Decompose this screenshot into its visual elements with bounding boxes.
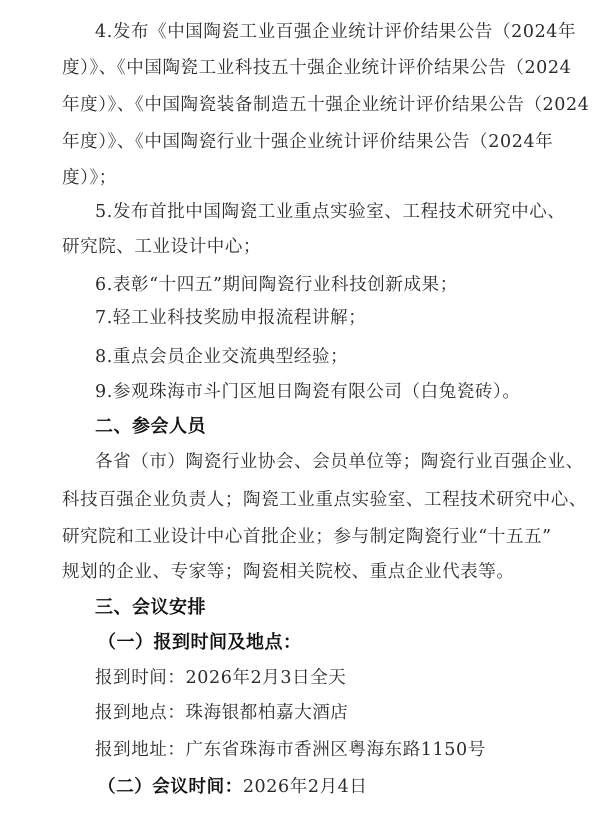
registration-time-label: 报到时间： <box>95 668 186 688</box>
section-2-line-3: 研究院和工业设计中心首批企业；参与制定陶瓷行业“十五五” <box>62 526 538 548</box>
section-2-line-1: 各省（市）陶瓷行业协会、会员单位等；陶瓷行业百强企业、 <box>95 451 538 473</box>
item-4-line-1: 4.发布《中国陶瓷工业百强企业统计评价结果公告（2024年 <box>95 21 538 43</box>
item-6: 6.表彰“十四五”期间陶瓷行业科技创新成果； <box>95 274 458 296</box>
registration-time-value: 2026年2月3日全天 <box>186 668 347 688</box>
document-page: 4.发布《中国陶瓷工业百强企业统计评价结果公告（2024年 度）》、《中国陶瓷工… <box>0 0 600 820</box>
item-5-line-1: 5.发布首批中国陶瓷工业重点实验室、工程技术研究中心、 <box>95 201 538 223</box>
item-8: 8.重点会员企业交流典型经验； <box>95 346 348 368</box>
registration-place: 报到地点：珠海银都柏嘉大酒店 <box>95 702 348 724</box>
meeting-time: （二）会议时间：2026年2月4日 <box>98 776 368 798</box>
item-4-line-2: 度）》、《中国陶瓷工业科技五十强企业统计评价结果公告（2024 <box>62 57 538 79</box>
item-5-line-2: 研究院、工业设计中心； <box>62 236 261 258</box>
registration-place-label: 报到地点： <box>95 703 186 723</box>
item-4-line-3: 年度）》、《中国陶瓷装备制造五十强企业统计评价结果公告（2024 <box>62 94 538 116</box>
registration-time: 报到时间：2026年2月3日全天 <box>95 667 346 689</box>
item-4-line-4: 年度）》、《中国陶瓷行业十强企业统计评价结果公告（2024年 <box>62 131 538 153</box>
item-7: 7.轻工业科技奖励申报流程讲解； <box>95 307 366 329</box>
subsection-1-heading: （一）报到时间及地点： <box>98 632 302 654</box>
registration-address-label: 报到地址： <box>95 740 186 760</box>
section-2-heading: 二、参会人员 <box>95 416 206 438</box>
section-2-line-4: 规划的企业、专家等；陶瓷相关院校、重点企业代表等。 <box>62 561 515 583</box>
section-3-heading: 三、会议安排 <box>95 597 206 619</box>
item-9: 9.参观珠海市斗门区旭日陶瓷有限公司（白兔瓷砖）。 <box>95 381 520 403</box>
item-4-line-5: 度）》； <box>62 167 117 189</box>
subsection-2-heading: （二）会议时间： <box>98 777 243 797</box>
meeting-time-value: 2026年2月4日 <box>243 777 368 797</box>
registration-place-value: 珠海银都柏嘉大酒店 <box>186 703 349 723</box>
registration-address-value: 广东省珠海市香洲区粤海东路1150号 <box>186 740 486 760</box>
section-2-line-2: 科技百强企业负责人；陶瓷工业重点实验室、工程技术研究中心、 <box>62 489 538 511</box>
registration-address: 报到地址：广东省珠海市香洲区粤海东路1150号 <box>95 739 486 761</box>
